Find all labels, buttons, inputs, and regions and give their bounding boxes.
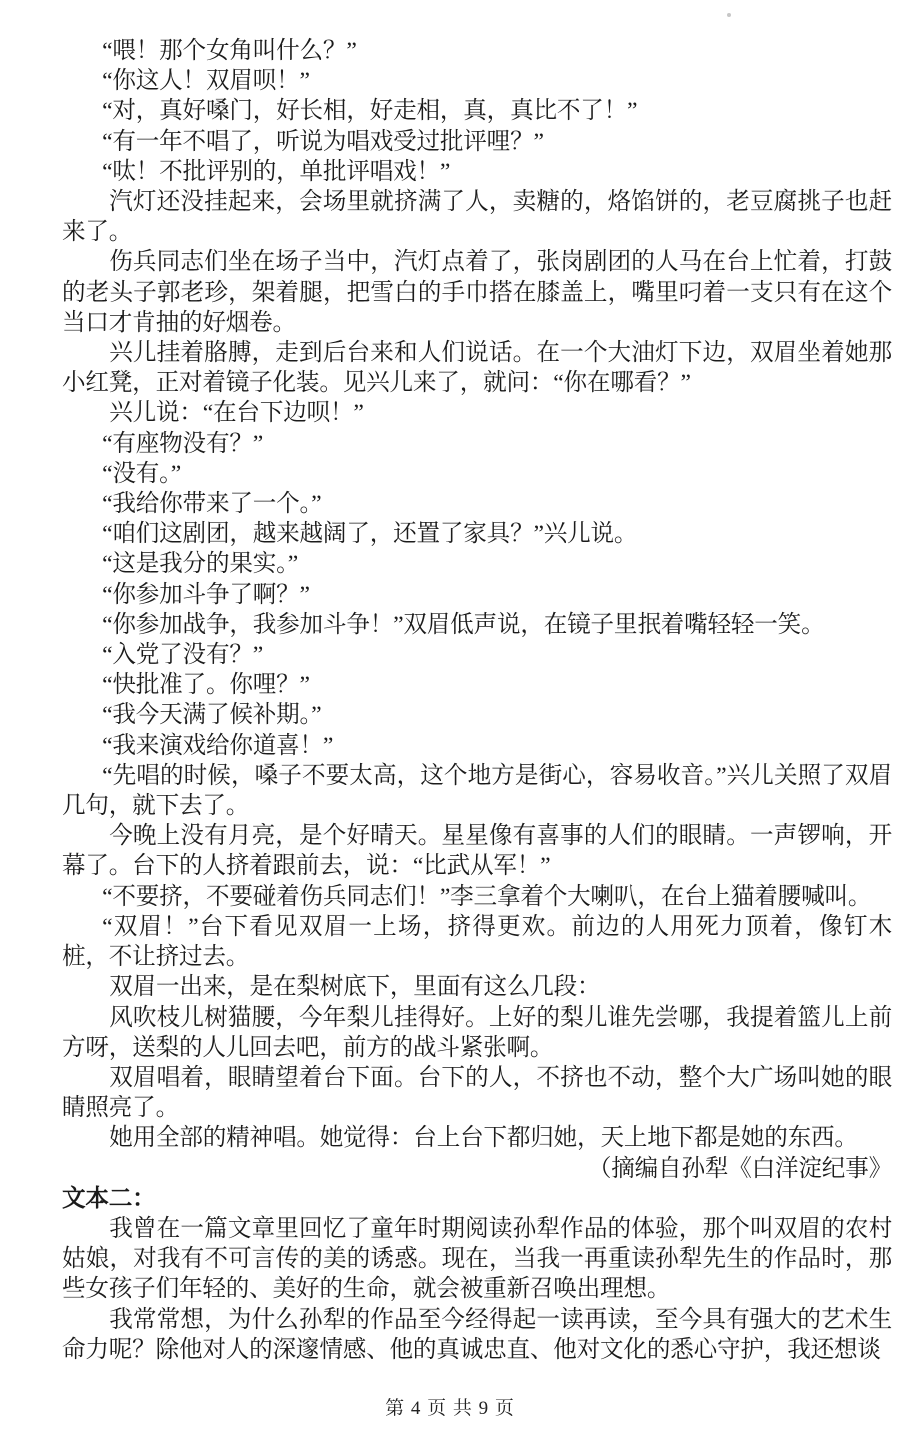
- page-body: “喂！那个女角叫什么？”“你这人！双眉呗！”“对，真好嗓门，好长相，好走相，真，…: [62, 36, 892, 1365]
- paragraph: 双眉一出来，是在梨树底下，里面有这么几段：: [62, 972, 892, 1002]
- paragraph: “有座物没有？”: [62, 429, 892, 459]
- passage-two: 我曾在一篇文章里回忆了童年时期阅读孙犁作品的体验，那个叫双眉的农村姑娘，对我有不…: [62, 1214, 892, 1365]
- paragraph: 风吹枝儿树猫腰，今年梨儿挂得好。上好的梨儿谁先尝哪，我提着篮儿上前方呀，送梨的人…: [62, 1003, 892, 1063]
- paragraph: “没有。”: [62, 459, 892, 489]
- paragraph: 今晚上没有月亮，是个好晴天。星星像有喜事的人们的眼睛。一声锣响，开幕了。台下的人…: [62, 821, 892, 881]
- paragraph: “你参加斗争了啊？”: [62, 580, 892, 610]
- paragraph: 汽灯还没挂起来，会场里就挤满了人，卖糖的，烙馅饼的，老豆腐挑子也赶来了。: [62, 187, 892, 247]
- paragraph: 兴儿挂着胳膊，走到后台来和人们说话。在一个大油灯下边，双眉坐着她那小红凳，正对着…: [62, 338, 892, 398]
- paragraph: 兴儿说：“在台下边呗！”: [62, 398, 892, 428]
- paragraph: “我今天满了候补期。”: [62, 700, 892, 730]
- document-page: “喂！那个女角叫什么？”“你这人！双眉呗！”“对，真好嗓门，好长相，好走相，真，…: [0, 0, 900, 1453]
- paragraph: “你参加战争，我参加斗争！”双眉低声说，在镜子里抿着嘴轻轻一笑。: [62, 610, 892, 640]
- paragraph: “快批准了。你哩？”: [62, 670, 892, 700]
- paragraph: “我给你带来了一个。”: [62, 489, 892, 519]
- paragraph: “双眉！”台下看见双眉一上场，挤得更欢。前边的人用死力顶着，像钉木桩，不让挤过去…: [62, 912, 892, 972]
- page-number-footer: 第 4 页 共 9 页: [0, 1393, 900, 1420]
- paragraph: “你这人！双眉呗！”: [62, 66, 892, 96]
- paragraph: 我曾在一篇文章里回忆了童年时期阅读孙犁作品的体验，那个叫双眉的农村姑娘，对我有不…: [62, 1214, 892, 1305]
- passage-one: “喂！那个女角叫什么？”“你这人！双眉呗！”“对，真好嗓门，好长相，好走相，真，…: [62, 36, 892, 1154]
- paragraph: 伤兵同志们坐在场子当中，汽灯点着了，张岗剧团的人马在台上忙着，打鼓的老头子郭老珍…: [62, 247, 892, 338]
- paragraph: “入党了没有？”: [62, 640, 892, 670]
- paragraph: “有一年不唱了，听说为唱戏受过批评哩？”: [62, 127, 892, 157]
- paragraph: “对，真好嗓门，好长相，好走相，真，真比不了！”: [62, 96, 892, 126]
- paragraph: “呔！不批评别的，单批评唱戏！”: [62, 157, 892, 187]
- paragraph: “喂！那个女角叫什么？”: [62, 36, 892, 66]
- source-attribution: （摘编自孙犁《白洋淀纪事》: [62, 1154, 892, 1184]
- passage-two-heading: 文本二：: [62, 1184, 892, 1214]
- paragraph: “先唱的时候，嗓子不要太高，这个地方是街心，容易收音。”兴儿关照了双眉几句，就下…: [62, 761, 892, 821]
- paragraph: 我常常想，为什么孙犁的作品至今经得起一读再读，至今具有强大的艺术生命力呢？除他对…: [62, 1305, 892, 1365]
- paragraph: 双眉唱着，眼睛望着台下面。台下的人，不挤也不动，整个大广场叫她的眼睛照亮了。: [62, 1063, 892, 1123]
- paragraph: “我来演戏给你道喜！”: [62, 731, 892, 761]
- paragraph: “咱们这剧团，越来越阔了，还置了家具？”兴儿说。: [62, 519, 892, 549]
- scan-artifact-dot: [727, 13, 731, 17]
- paragraph: “不要挤，不要碰着伤兵同志们！”李三拿着个大喇叭，在台上猫着腰喊叫。: [62, 882, 892, 912]
- paragraph: “这是我分的果实。”: [62, 549, 892, 579]
- paragraph: 她用全部的精神唱。她觉得：台上台下都归她，天上地下都是她的东西。: [62, 1123, 892, 1153]
